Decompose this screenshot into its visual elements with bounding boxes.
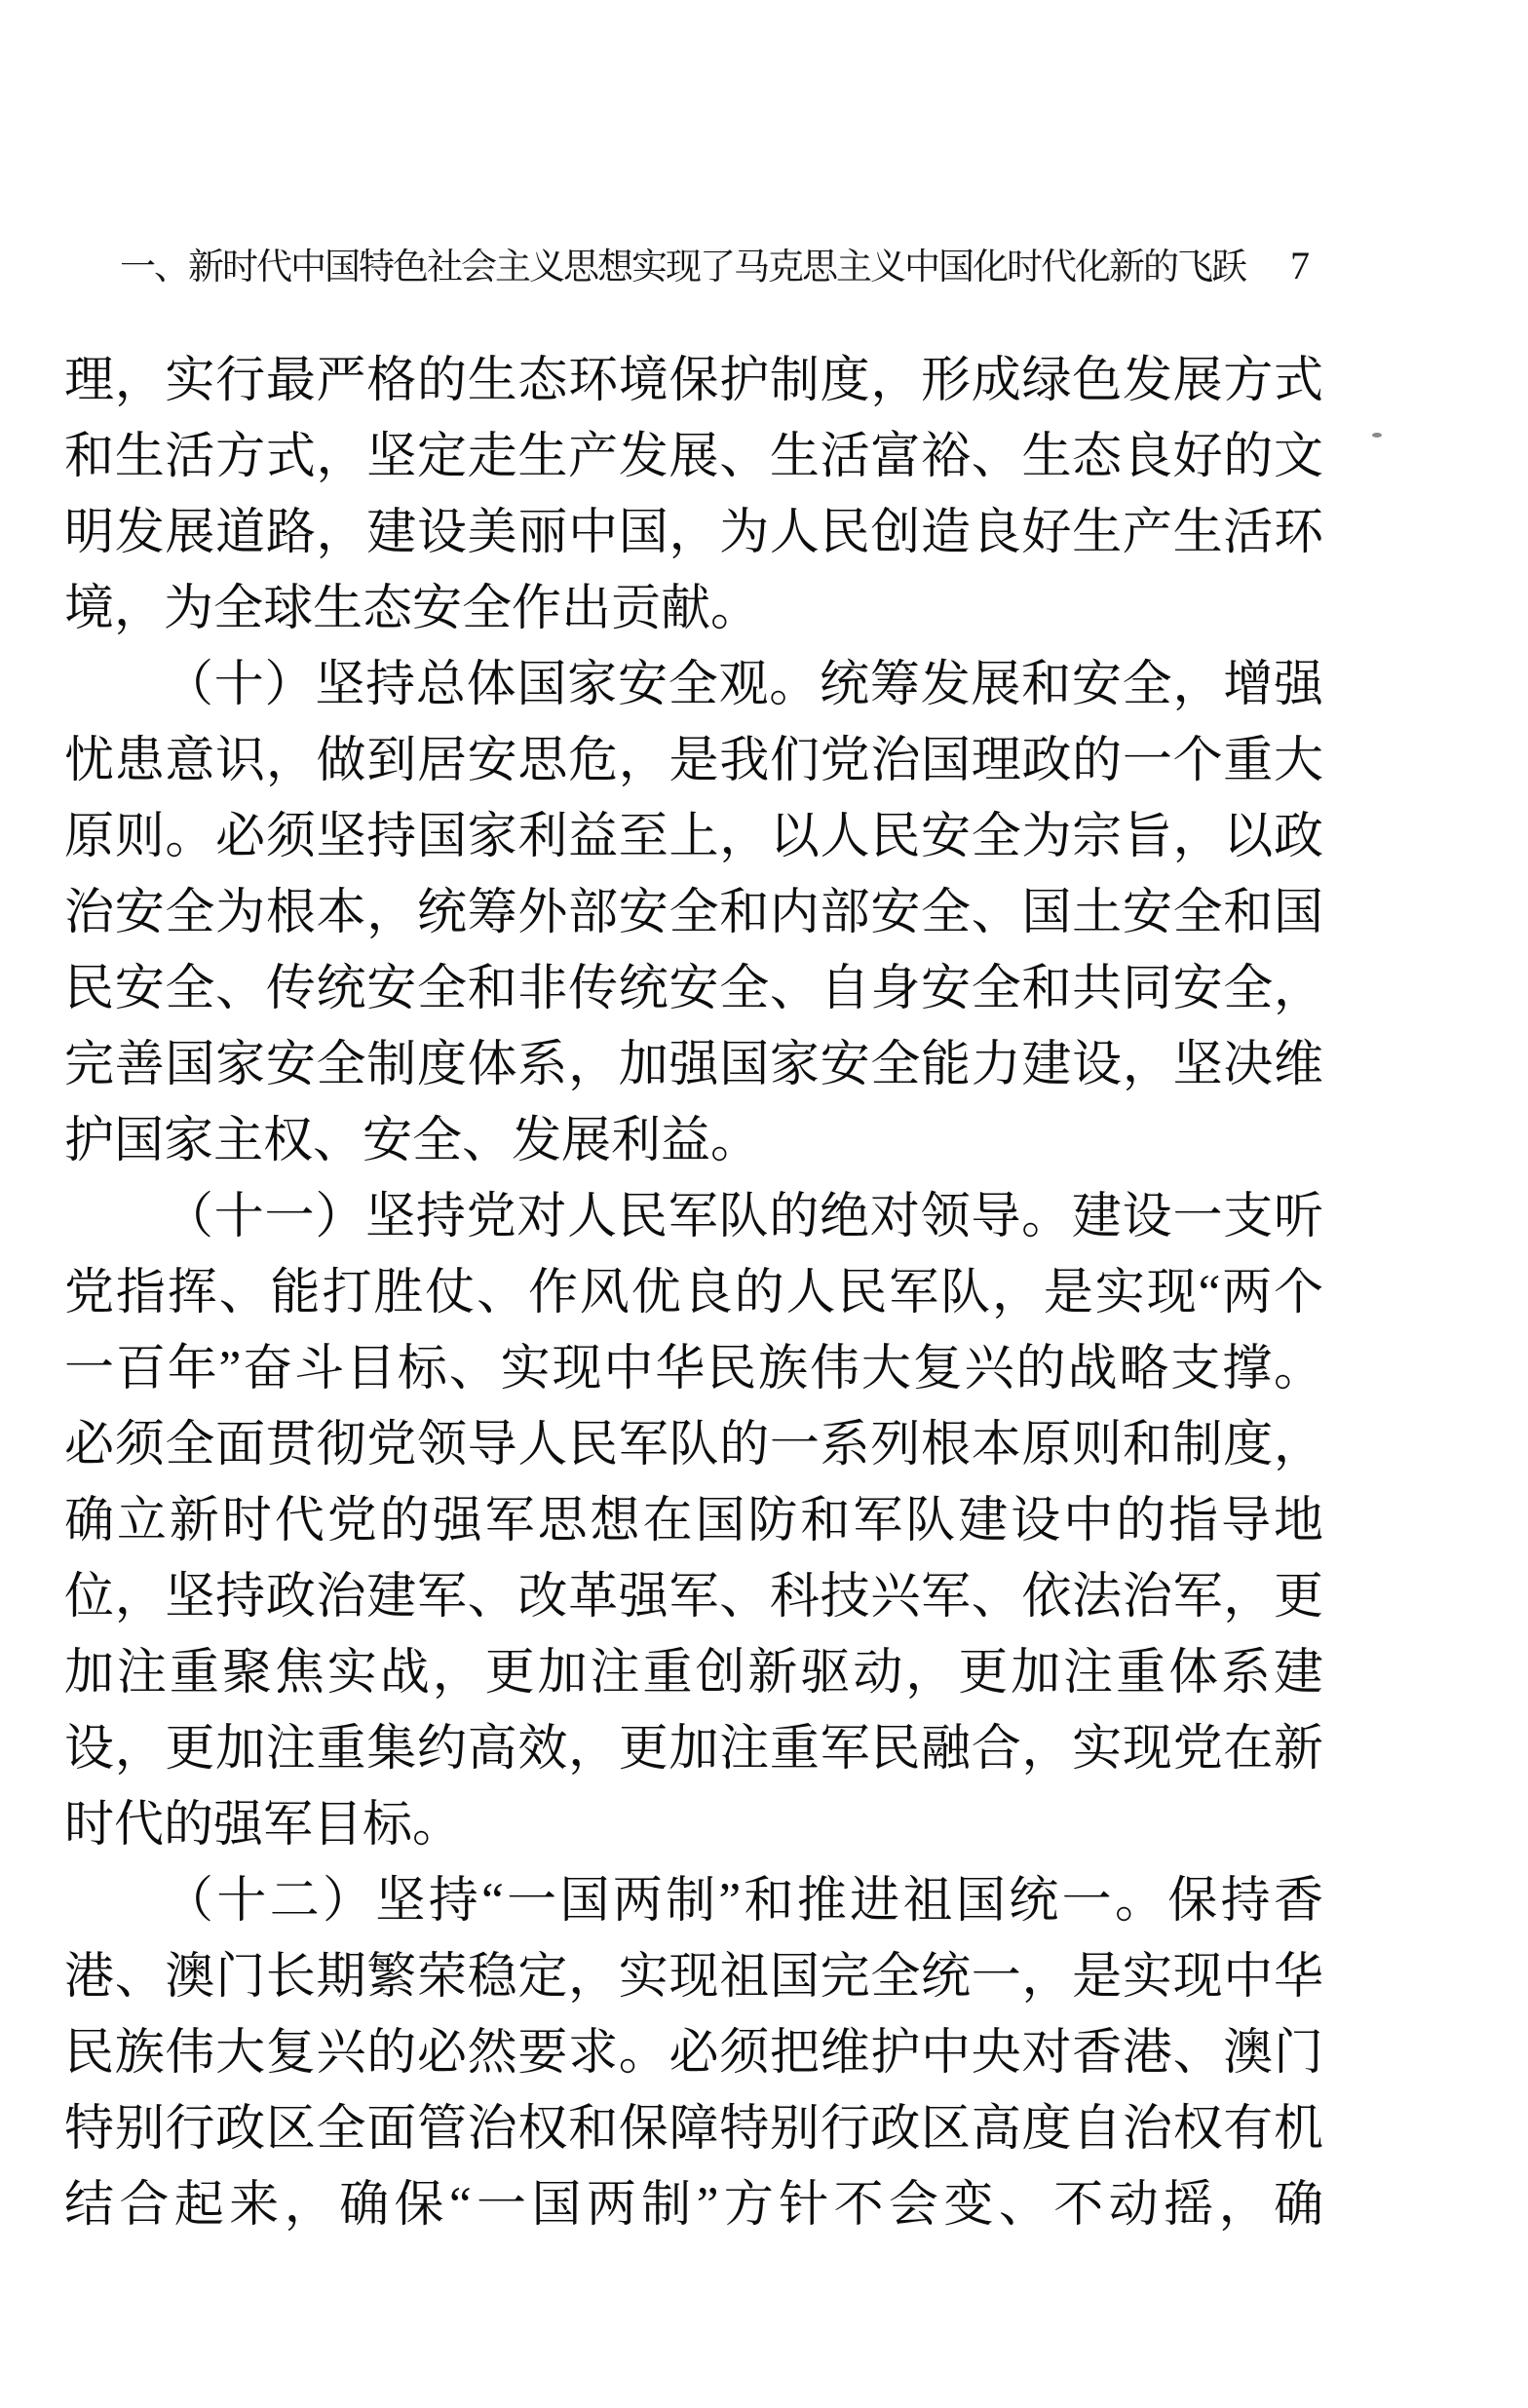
text-line: 理，实行最严格的生态环境保护制度，形成绿色发展方式: [64, 343, 1323, 419]
text-line: 忧患意识，做到居安思危，是我们党治国理政的一个重大: [64, 723, 1323, 799]
book-page: 一、新时代中国特色社会主义思想实现了马克思主义中国化时代化新的飞跃 7 理，实行…: [0, 0, 1528, 2408]
text-line: 港、澳门长期繁荣稳定，实现祖国完全统一，是实现中华: [64, 1939, 1323, 2015]
text-line: （十）坚持总体国家安全观。统筹发展和安全，增强: [64, 647, 1323, 723]
text-line: 治安全为根本，统筹外部安全和内部安全、国土安全和国: [64, 875, 1323, 951]
text-line: 党指挥、能打胜仗、作风优良的人民军队，是实现“两个: [64, 1255, 1323, 1331]
text-line: 民安全、传统安全和非传统安全、自身安全和共同安全，: [64, 951, 1323, 1027]
text-line: 明发展道路，建设美丽中国，为人民创造良好生产生活环: [64, 495, 1323, 571]
text-line: 原则。必须坚持国家利益至上，以人民安全为宗旨，以政: [64, 799, 1323, 875]
text-line: 一百年”奋斗目标、实现中华民族伟大复兴的战略支撑。: [64, 1331, 1323, 1407]
text-line: 位，坚持政治建军、改革强军、科技兴军、依法治军，更: [64, 1559, 1323, 1635]
text-line: 必须全面贯彻党领导人民军队的一系列根本原则和制度，: [64, 1407, 1323, 1483]
text-line: （十一）坚持党对人民军队的绝对领导。建设一支听: [64, 1179, 1323, 1255]
text-line: 结合起来，确保“一国两制”方针不会变、不动摇，确: [64, 2167, 1323, 2243]
text-line: 设，更加注重集约高效，更加注重军民融合，实现党在新: [64, 1711, 1323, 1787]
text-line: 特别行政区全面管治权和保障特别行政区高度自治权有机: [64, 2091, 1323, 2167]
text-line: 和生活方式，坚定走生产发展、生活富裕、生态良好的文: [64, 419, 1323, 495]
body-text: 理，实行最严格的生态环境保护制度，形成绿色发展方式 和生活方式，坚定走生产发展、…: [64, 343, 1323, 2243]
text-line: 民族伟大复兴的必然要求。必须把维护中央对香港、澳门: [64, 2015, 1323, 2091]
header-chapter-title: 一、新时代中国特色社会主义思想实现了马克思主义中国化时代化新的飞跃: [120, 237, 1245, 289]
text-line: 时代的强军目标。: [64, 1787, 1323, 1863]
text-line: 护国家主权、安全、发展利益。: [64, 1103, 1323, 1179]
running-header: 一、新时代中国特色社会主义思想实现了马克思主义中国化时代化新的飞跃 7: [120, 237, 1310, 289]
text-line: 境，为全球生态安全作出贡献。: [64, 571, 1323, 647]
scan-speck: [1372, 433, 1382, 438]
text-line: 确立新时代党的强军思想在国防和军队建设中的指导地: [64, 1483, 1323, 1559]
text-line: 完善国家安全制度体系，加强国家安全能力建设，坚决维: [64, 1027, 1323, 1103]
text-line: （十二）坚持“一国两制”和推进祖国统一。保持香: [64, 1863, 1323, 1939]
text-line: 加注重聚焦实战，更加注重创新驱动，更加注重体系建: [64, 1635, 1323, 1711]
page-number: 7: [1290, 243, 1310, 288]
